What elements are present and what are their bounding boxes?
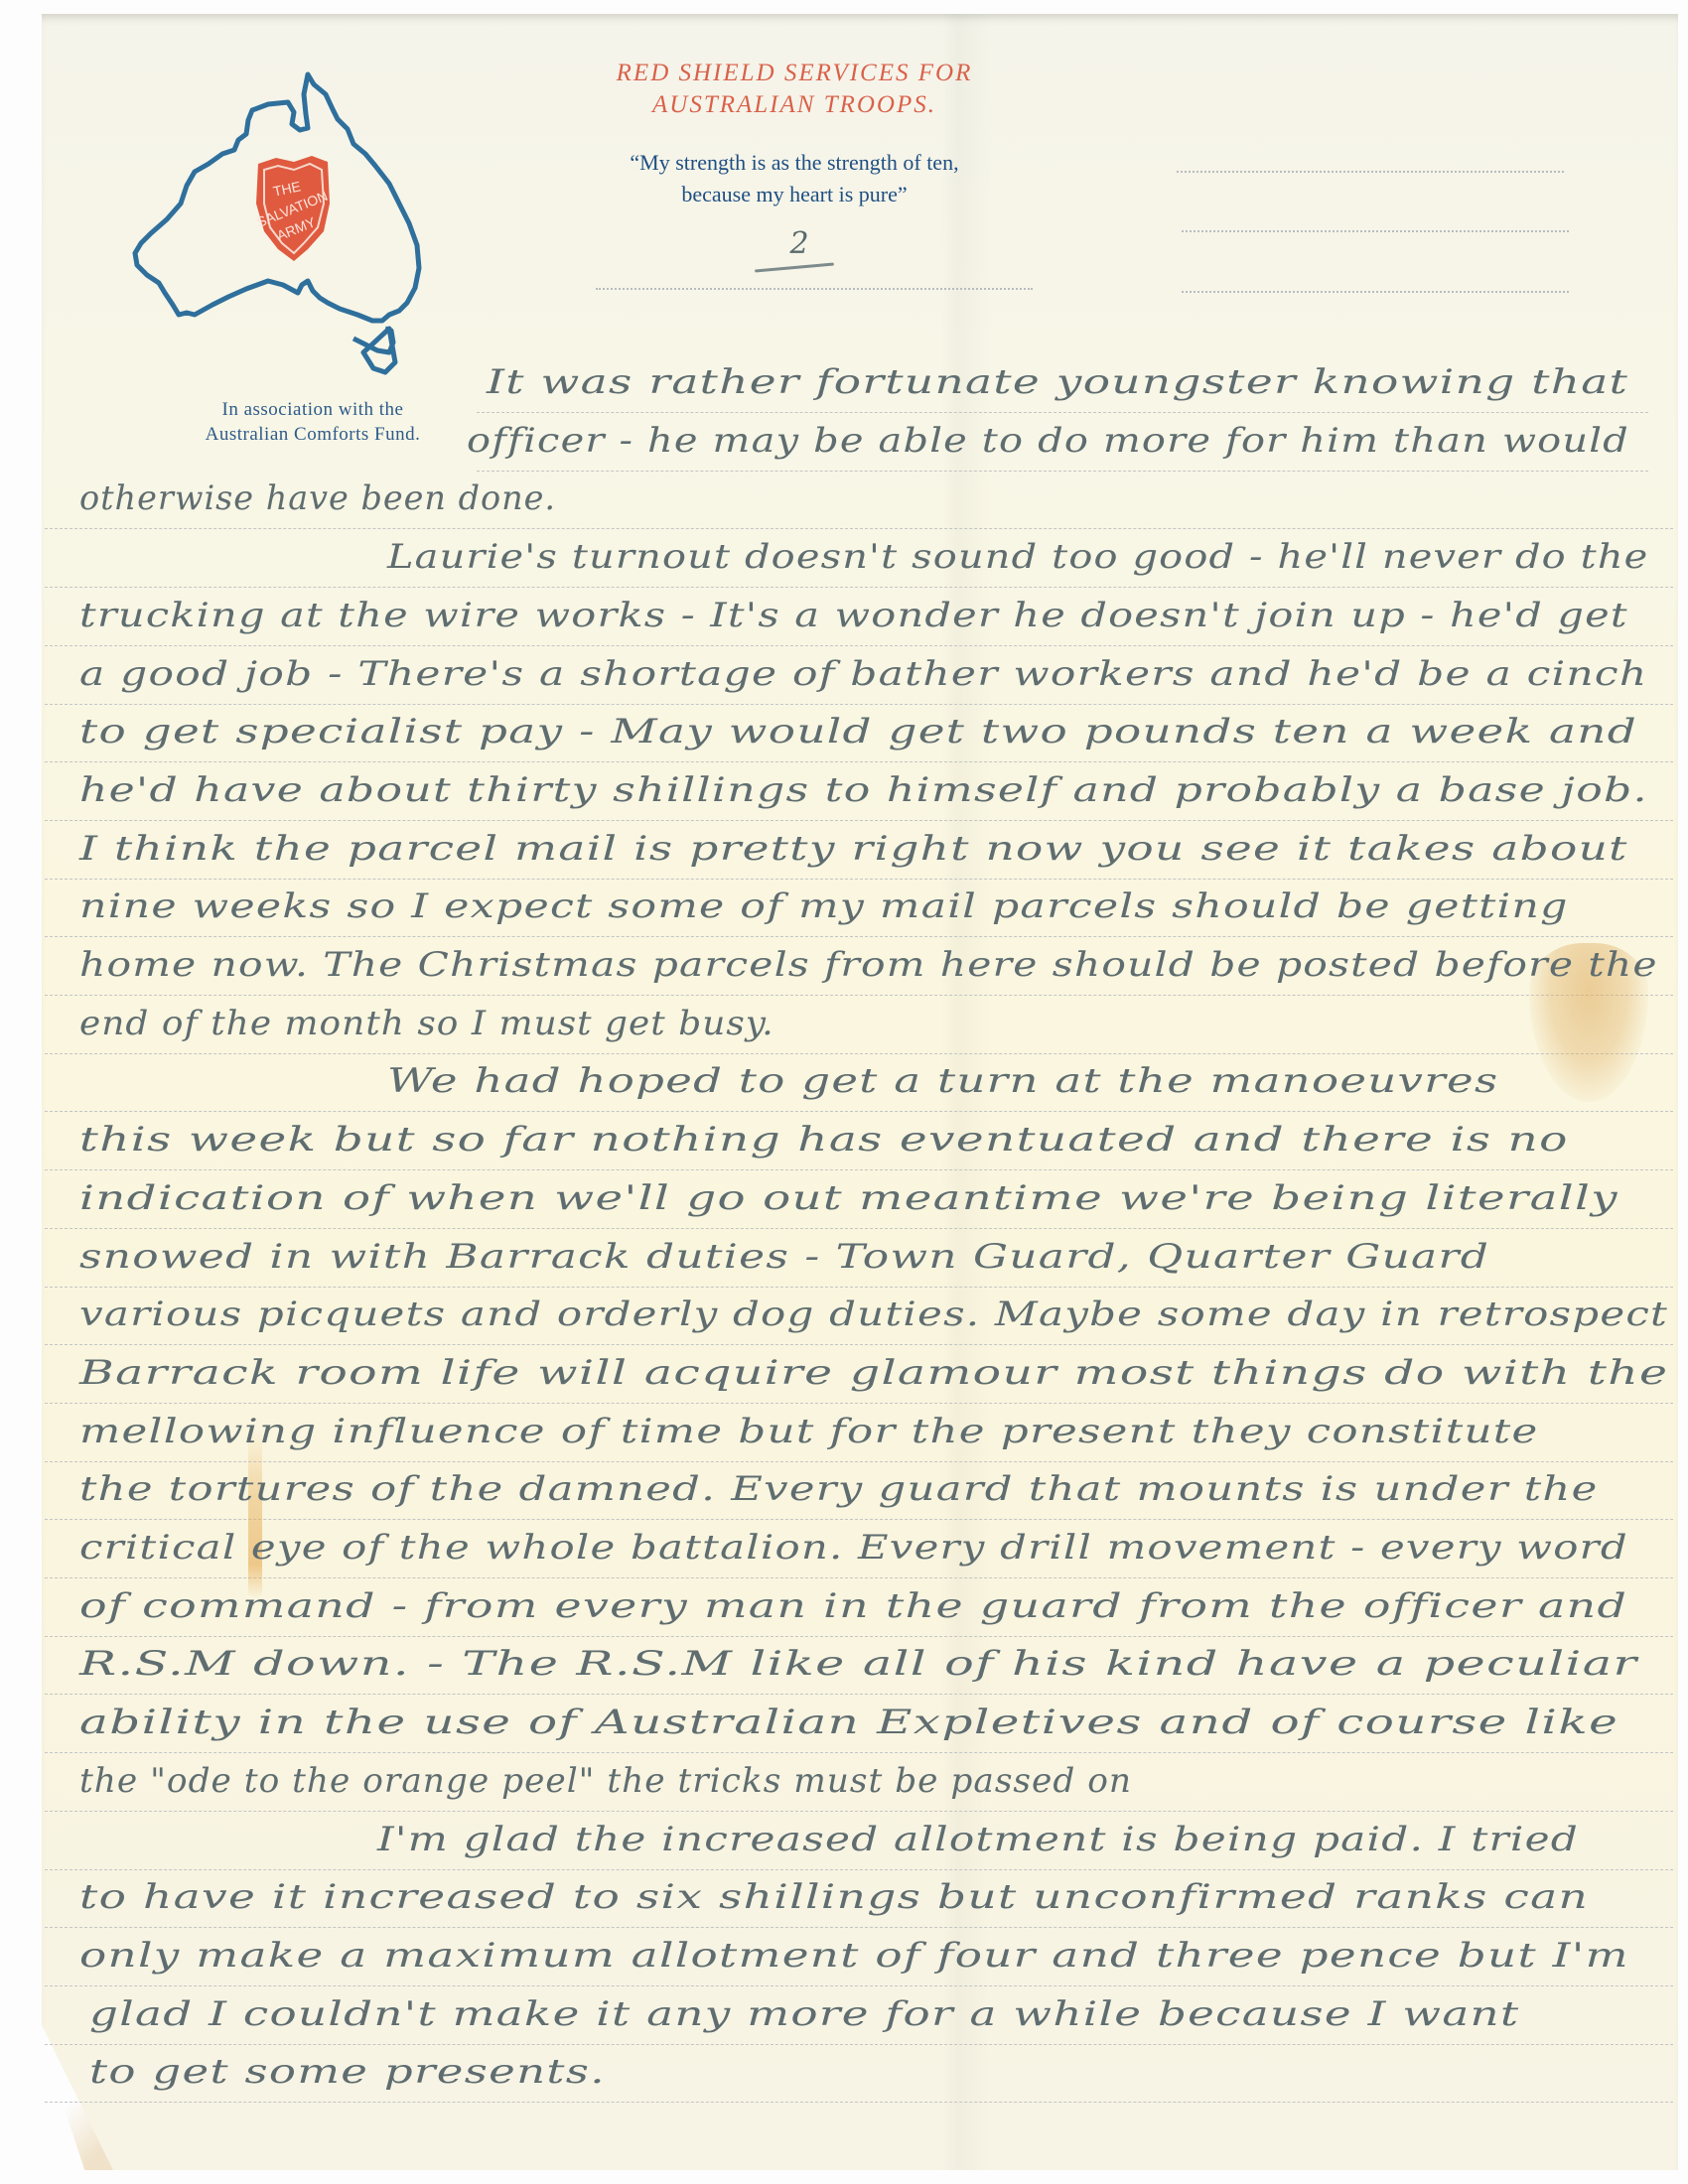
ruled-line (45, 1577, 1673, 1578)
ruled-line (45, 995, 1673, 996)
ruled-line (45, 587, 1673, 588)
handwritten-line: critical eye of the whole battalion. Eve… (79, 1528, 1628, 1568)
handwritten-line: home now. The Christmas parcels from her… (79, 945, 1658, 985)
motto-line-2: because my heart is pure” (516, 179, 1072, 210)
handwritten-line: to get some presents. (89, 2052, 606, 2092)
ruled-line (45, 936, 1673, 937)
handwritten-line: glad I couldn't make it any more for a w… (89, 1994, 1519, 2034)
handwritten-line: Barrack room life will acquire glamour m… (79, 1353, 1668, 1393)
handwritten-line: We had hoped to get a turn at the manoeu… (387, 1061, 1498, 1101)
ruled-line (45, 1287, 1673, 1288)
handwritten-line: a good job - There's a shortage of bathe… (79, 654, 1647, 694)
motto-line-1: “My strength is as the strength of ten, (516, 147, 1072, 179)
ruled-line (477, 471, 1648, 472)
organization-title: RED SHIELD SERVICES FOR AUSTRALIAN TROOP… (516, 58, 1072, 121)
ruled-line (45, 704, 1673, 705)
ruled-line (45, 2102, 1673, 2103)
header-dotted-line (1177, 171, 1564, 173)
handwritten-line: officer - he may be able to do more for … (467, 421, 1629, 461)
association-note: In association with the Australian Comfo… (149, 397, 477, 447)
ruled-line (45, 1403, 1673, 1404)
handwritten-line: he'd have about thirty shillings to hims… (79, 770, 1648, 810)
handwritten-line: mellowing influence of time but for the … (79, 1412, 1539, 1451)
handwritten-line: to have it increased to six shillings bu… (79, 1877, 1589, 1917)
handwritten-line: It was rather fortunate youngster knowin… (487, 362, 1628, 402)
header-dotted-line (1182, 291, 1569, 293)
ruled-line (45, 1927, 1673, 1928)
ruled-line (45, 1811, 1673, 1812)
handwritten-line: various picquets and orderly dog duties.… (79, 1295, 1668, 1334)
ruled-line (45, 1985, 1673, 1986)
ruled-line (477, 412, 1648, 413)
ruled-line (45, 1869, 1673, 1870)
association-line-2: Australian Comforts Fund. (149, 422, 477, 447)
handwritten-line: otherwise have been done. (79, 478, 556, 518)
motto-quote: “My strength is as the strength of ten, … (516, 147, 1072, 210)
handwritten-line: of command - from every man in the guard… (79, 1586, 1627, 1626)
handwritten-line: the "ode to the orange peel" the tricks … (79, 1761, 1132, 1801)
ruled-line (45, 820, 1673, 821)
salvation-army-shield-icon: THE SALVATION ARMY (254, 156, 330, 261)
ruled-line (45, 879, 1673, 880)
ruled-line (45, 1519, 1673, 1520)
handwritten-line: R.S.M down. - The R.S.M like all of his … (79, 1644, 1637, 1684)
header-dotted-line (596, 288, 1033, 290)
tasmania-outline (353, 329, 395, 372)
handwritten-line: snowed in with Barrack duties - Town Gua… (79, 1237, 1489, 1277)
org-title-line-2: AUSTRALIAN TROOPS. (516, 89, 1072, 121)
ruled-line (45, 1228, 1673, 1229)
ruled-line (45, 1694, 1673, 1695)
handwritten-line: trucking at the wire works - It's a wond… (79, 596, 1628, 635)
handwritten-line: Laurie's turnout doesn't sound too good … (387, 537, 1648, 577)
ruled-line (45, 1752, 1673, 1753)
handwritten-line: to get specialist pay - May would get tw… (79, 712, 1637, 751)
association-line-1: In association with the (149, 397, 477, 422)
handwritten-line: the tortures of the damned. Every guard … (79, 1469, 1598, 1509)
ruled-line (45, 761, 1673, 762)
page-number: 2 (770, 226, 829, 261)
tea-drip-stain (248, 1430, 262, 1598)
handwritten-line: I think the parcel mail is pretty right … (79, 829, 1628, 869)
handwritten-line: indication of when we'll go out meantime… (79, 1178, 1618, 1218)
ruled-line (45, 2044, 1673, 2045)
ruled-line (45, 1636, 1673, 1637)
header-dotted-line (1182, 230, 1569, 232)
ruled-line (45, 1169, 1673, 1170)
handwritten-line: end of the month so I must get busy. (79, 1004, 774, 1043)
ruled-line (45, 528, 1673, 529)
australia-map-logo: THE SALVATION ARMY (129, 55, 467, 382)
org-title-line-1: RED SHIELD SERVICES FOR (516, 58, 1072, 89)
handwritten-line: I'm glad the increased allotment is bein… (377, 1820, 1579, 1859)
ruled-line (45, 645, 1673, 646)
handwritten-line: nine weeks so I expect some of my mail p… (79, 887, 1569, 926)
ruled-line (45, 1461, 1673, 1462)
ruled-line (45, 1111, 1673, 1112)
handwritten-line: only make a maximum allotment of four an… (79, 1936, 1629, 1976)
ruled-line (45, 1053, 1673, 1054)
handwritten-line: this week but so far nothing has eventua… (79, 1120, 1569, 1160)
handwritten-line: ability in the use of Australian Expleti… (79, 1703, 1618, 1742)
ruled-line (45, 1344, 1673, 1345)
